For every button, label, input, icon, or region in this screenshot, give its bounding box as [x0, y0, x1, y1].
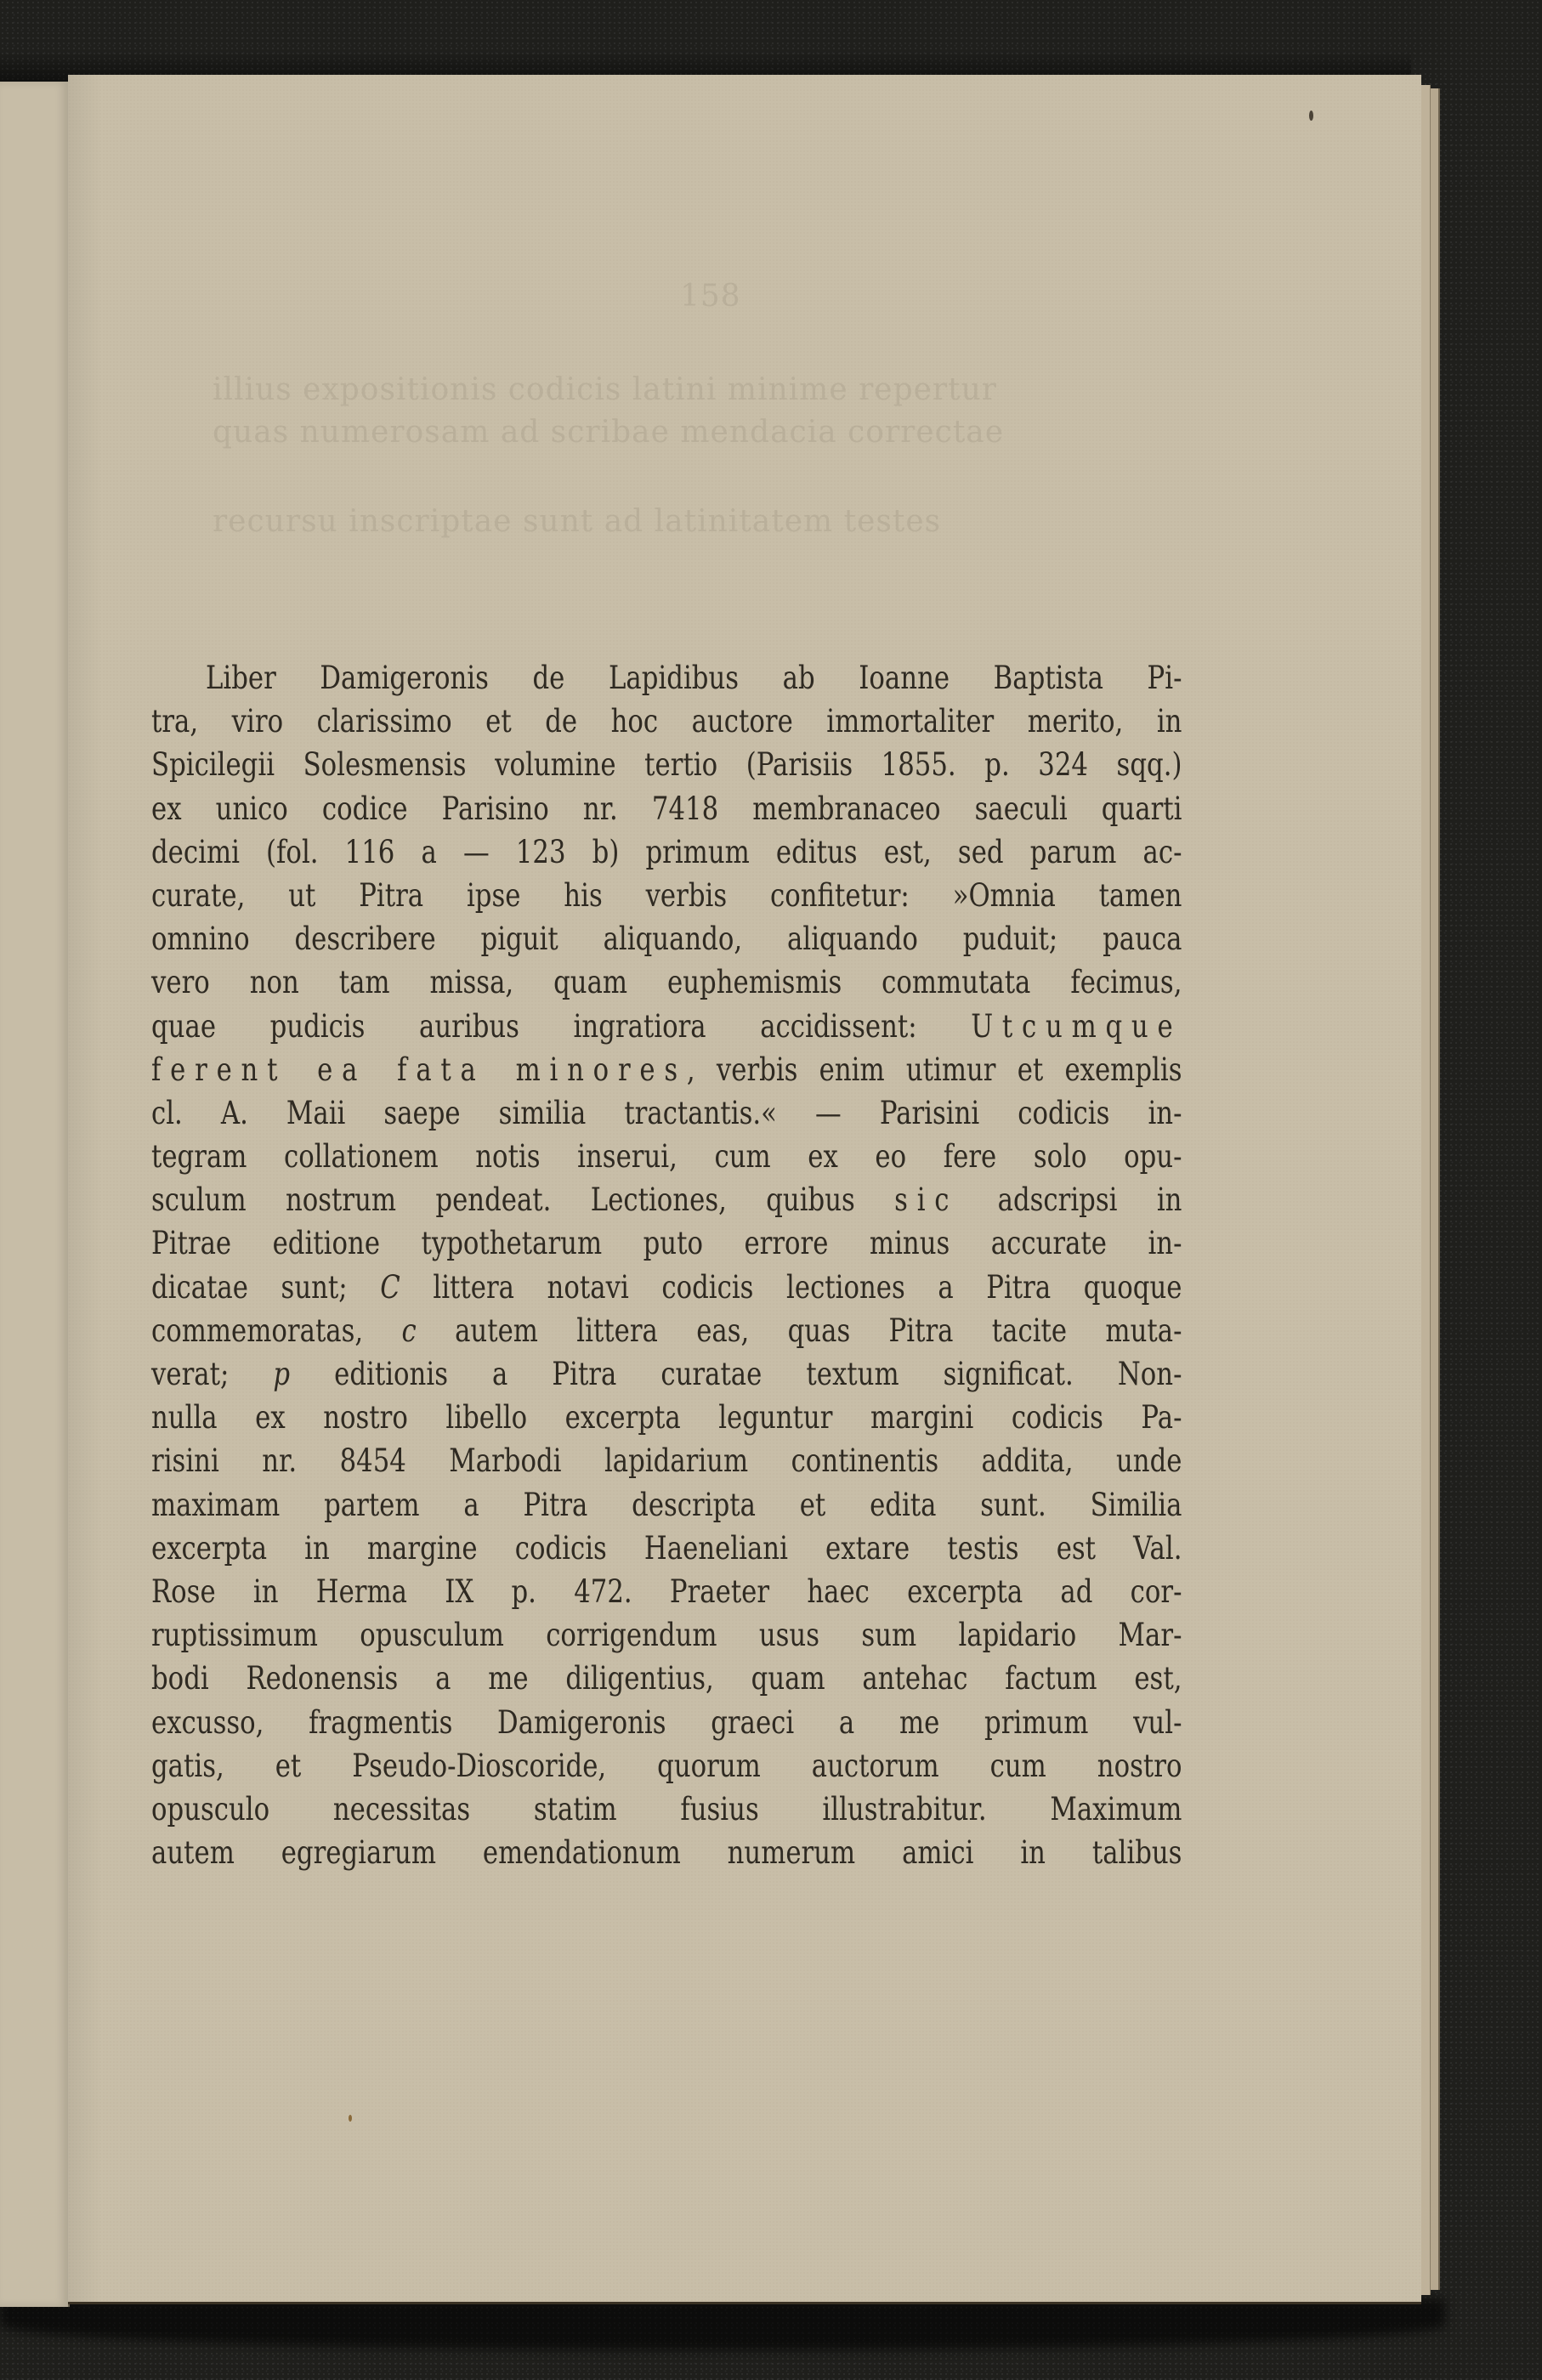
text-segment: gatis, et Pseudo-Dioscoride, quorum auct…: [151, 1747, 1182, 1784]
text-segment: Rose in Herma IX p. 472. Praeter haec ex…: [151, 1572, 1182, 1610]
text-line: Liber Damigeronis de Lapidibus ab Ioanne…: [151, 656, 1182, 700]
text-segment: autem littera eas, quas Pitra tacite mut…: [417, 1312, 1182, 1349]
text-line: tra, viro clarissimo et de hoc auctore i…: [151, 700, 1182, 743]
text-line: maximam partem a Pitra descripta et edit…: [151, 1483, 1182, 1527]
paper-speck: [349, 2115, 352, 2122]
text-line: ruptissimum opusculum corrigendum usus s…: [151, 1613, 1182, 1657]
text-line: sculum nostrum pendeat. Lectiones, quibu…: [151, 1178, 1182, 1221]
text-segment: tegram collationem notis inserui, cum ex…: [151, 1137, 1182, 1175]
text-line: cl. A. Maii saepe similia tractantis.« —…: [151, 1091, 1182, 1135]
italic-siglum: c: [402, 1312, 417, 1349]
text-line: Rose in Herma IX p. 472. Praeter haec ex…: [151, 1570, 1182, 1613]
previous-page-edge: [0, 82, 70, 2307]
text-segment: adscripsi in: [958, 1181, 1182, 1218]
text-line: decimi (fol. 116 a — 123 b) primum editu…: [151, 830, 1182, 874]
text-segment: littera notavi codicis lectiones a Pitra…: [400, 1268, 1182, 1306]
text-segment: sculum nostrum pendeat. Lectiones, quibu…: [151, 1181, 894, 1218]
italic-siglum: p: [273, 1355, 290, 1392]
page-stack-edge: [1430, 88, 1440, 2290]
spaced-emphasis: sic: [894, 1181, 958, 1218]
text-segment: cl. A. Maii saepe similia tractantis.« —…: [151, 1094, 1182, 1131]
text-segment: excusso, fragmentis Damigeronis graeci a…: [151, 1703, 1182, 1741]
paper-speck: [1309, 110, 1313, 121]
text-segment: editionis a Pitra curatae textum signifi…: [290, 1355, 1182, 1392]
text-line: commemoratas, c autem littera eas, quas …: [151, 1309, 1182, 1352]
text-line: omnino describere piguit aliquando, aliq…: [151, 917, 1182, 960]
text-line: ex unico codice Parisino nr. 7418 membra…: [151, 787, 1182, 830]
text-segment: dicatae sunt;: [151, 1268, 380, 1306]
body-paragraph: Liber Damigeronis de Lapidibus ab Ioanne…: [151, 656, 1182, 1874]
text-segment: Liber Damigeronis de Lapidibus ab Ioanne…: [206, 659, 1182, 696]
text-segment: opusculo necessitas statim fusius illust…: [151, 1790, 1182, 1827]
text-line: nulla ex nostro libello excerpta leguntu…: [151, 1396, 1182, 1439]
show-through-line: recursu inscriptae sunt ad latinitatem t…: [213, 504, 1275, 539]
text-segment: vero non tam missa, quam euphemismis com…: [151, 963, 1182, 1000]
text-line: Pitrae editione typothetarum puto errore…: [151, 1221, 1182, 1265]
text-segment: maximam partem a Pitra descripta et edit…: [151, 1486, 1182, 1523]
text-segment: tra, viro clarissimo et de hoc auctore i…: [151, 702, 1182, 739]
text-segment: ruptissimum opusculum corrigendum usus s…: [151, 1616, 1182, 1653]
text-line: risini nr. 8454 Marbodi lapidarium conti…: [151, 1439, 1182, 1482]
text-line: verat; p editionis a Pitra curatae textu…: [151, 1352, 1182, 1396]
spaced-emphasis: ferent ea fata minores: [151, 1051, 687, 1088]
text-segment: curate, ut Pitra ipse his verbis confite…: [151, 876, 1182, 914]
text-line: curate, ut Pitra ipse his verbis confite…: [151, 874, 1182, 917]
italic-siglum: C: [380, 1268, 400, 1306]
text-segment: verat;: [151, 1355, 273, 1392]
text-segment: omnino describere piguit aliquando, aliq…: [151, 920, 1182, 957]
text-segment: Spicilegii Solesmensis volumine tertio (…: [151, 745, 1182, 783]
text-segment: nulla ex nostro libello excerpta leguntu…: [151, 1398, 1182, 1436]
show-through-line: quas numerosam ad scribae mendacia corre…: [213, 415, 1275, 450]
text-segment: excerpta in margine codicis Haeneliani e…: [151, 1529, 1182, 1567]
text-line: gatis, et Pseudo-Dioscoride, quorum auct…: [151, 1744, 1182, 1788]
text-segment: bodi Redonensis a me diligentius, quam a…: [151, 1659, 1182, 1697]
text-segment: risini nr. 8454 Marbodi lapidarium conti…: [151, 1442, 1182, 1479]
text-line: bodi Redonensis a me diligentius, quam a…: [151, 1657, 1182, 1700]
text-line: opusculo necessitas statim fusius illust…: [151, 1788, 1182, 1831]
show-through-line: illius expositionis codicis latini minim…: [213, 372, 1275, 407]
text-segment: quae pudicis auribus ingratiora accidiss…: [151, 1007, 971, 1045]
text-line: excusso, fragmentis Damigeronis graeci a…: [151, 1701, 1182, 1744]
text-segment: Pitrae editione typothetarum puto errore…: [151, 1224, 1182, 1261]
page-bottom-shadow: [0, 2299, 1445, 2350]
spaced-emphasis: Utcumque: [971, 1007, 1182, 1045]
text-segment: commemoratas,: [151, 1312, 402, 1349]
text-line: autem egregiarum emendationum numerum am…: [151, 1831, 1182, 1874]
text-line: dicatae sunt; C littera notavi codicis l…: [151, 1266, 1182, 1309]
text-line: excerpta in margine codicis Haeneliani e…: [151, 1527, 1182, 1570]
text-line: quae pudicis auribus ingratiora accidiss…: [151, 1005, 1182, 1048]
text-line: ferent ea fata minores, verbis enim utim…: [151, 1048, 1182, 1091]
show-through-page-number: 158: [680, 279, 850, 314]
text-line: tegram collationem notis inserui, cum ex…: [151, 1135, 1182, 1178]
text-segment: , verbis enim utimur et exemplis: [687, 1051, 1182, 1088]
text-segment: ex unico codice Parisino nr. 7418 membra…: [151, 790, 1182, 827]
text-segment: autem egregiarum emendationum numerum am…: [151, 1833, 1182, 1871]
text-line: vero non tam missa, quam euphemismis com…: [151, 960, 1182, 1004]
text-segment: decimi (fol. 116 a — 123 b) primum editu…: [151, 833, 1182, 870]
text-line: Spicilegii Solesmensis volumine tertio (…: [151, 743, 1182, 786]
